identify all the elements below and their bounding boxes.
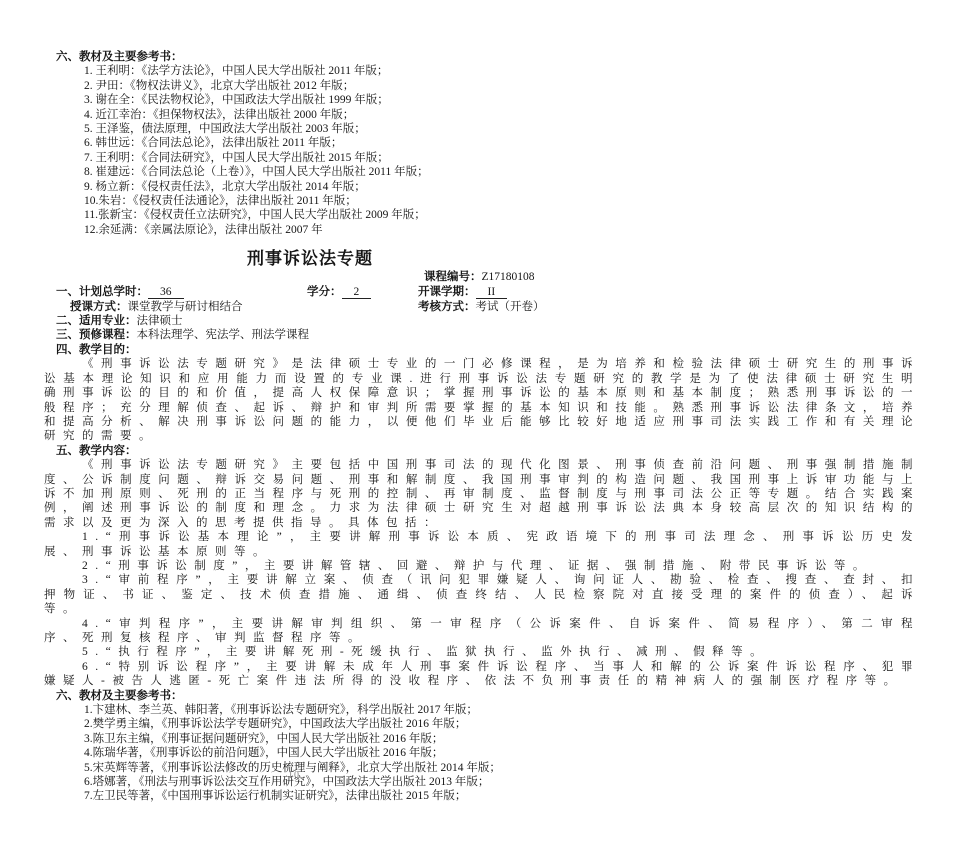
reference-item: 7.左卫民等著，《中国刑事诉讼运行机制实证研究》，法律出版社 2015 年版； — [44, 789, 920, 803]
teaching-method-value: 课堂教学与研讨相结合 — [128, 301, 243, 313]
course-code: 课程编号：Z17180108 — [424, 270, 535, 284]
assessment-value: 考试（开卷） — [476, 301, 545, 313]
semester: 开课学期：II — [418, 285, 507, 299]
course-title: 刑事诉讼法专题 — [247, 248, 373, 270]
content-header: 五、教学内容： — [44, 444, 920, 458]
plan-hours: 一、计划总学时：36 — [56, 285, 184, 299]
course-info-row-1: 一、计划总学时：36 学分：2 开课学期：II — [44, 285, 920, 299]
prev-materials-header: 六、教材及主要参考书： — [44, 50, 920, 64]
reference-item: 1.卞建林、李兰英、韩阳著，《刑事诉讼法专题研究》，科学出版社 2017 年版； — [44, 703, 920, 717]
reference-item: 2.樊学勇主编，《刑事诉讼法学专题研究》，中国政法大学出版社 2016 年版； — [44, 717, 920, 731]
reference-item: 2. 尹田：《物权法讲义》，北京大学出版社 2012 年版； — [44, 79, 920, 93]
prerequisites-value: 本科法理学、宪法学、刑法学课程 — [137, 329, 310, 341]
prerequisites-row: 三、预修课程：本科法理学、宪法学、刑法学课程 — [44, 328, 920, 342]
reference-item: 7. 王利明：《合同法研究》，中国人民大学出版社 2015 年版； — [44, 151, 920, 165]
assessment-label: 考核方式： — [418, 301, 476, 313]
semester-label: 开课学期： — [418, 286, 476, 298]
reference-item: 11.张新宝：《侵权责任立法研究》，中国人民大学出版社 2009 年版； — [44, 208, 920, 222]
reference-item: 4. 近江幸治：《担保物权法》，法律出版社 2000 年版； — [44, 108, 920, 122]
content-intro-paragraph: 《刑事诉讼法专题研究》主要包括中国刑事司法的现代化图景、刑事侦查前沿问题、刑事强… — [44, 458, 920, 530]
reference-item: 3. 谢在全：《民法物权论》，中国政法大学出版社 1999 年版； — [44, 93, 920, 107]
reference-item: 6. 韩世远：《合同法总论》，法律出版社 2011 年版； — [44, 136, 920, 150]
reference-item: 3.陈卫东主编，《刑事证据问题研究》，中国人民大学出版社 2016 年版； — [44, 732, 920, 746]
reference-item: 9. 杨立新：《侵权责任法》，北京大学出版社 2014 年版； — [44, 180, 920, 194]
teaching-method: 授课方式：课堂教学与研讨相结合 — [70, 300, 243, 314]
teaching-method-label: 授课方式： — [70, 301, 128, 313]
reference-item: 12.余延满：《亲属法原论》，法律出版社 2007 年 — [44, 223, 920, 237]
prerequisites-label: 三、预修课程： — [56, 329, 137, 341]
course-code-row: 课程编号：Z17180108 — [44, 270, 920, 285]
content-item: 4.“审判程序”，主要讲解审判组织、第一审程序（公诉案件、自诉案件、简易程序）、… — [44, 617, 920, 646]
purpose-paragraph: 《刑事诉讼法专题研究》是法律硕士专业的一门必修课程，是为培养和检验法律硕士研究生… — [44, 357, 920, 443]
course-info-row-2: 授课方式：课堂教学与研讨相结合 考核方式：考试（开卷） — [44, 300, 920, 314]
semester-value: II — [476, 286, 508, 299]
reference-item: 8. 崔建远：《合同法总论（上卷）》，中国人民大学出版社 2011 年版； — [44, 165, 920, 179]
content-item: 3.“审前程序”，主要讲解立案、侦查（讯问犯罪嫌疑人、询问证人、勘验、检查、搜查… — [44, 573, 920, 616]
content-item: 6.“特别诉讼程序”，主要讲解未成年人刑事案件诉讼程序、当事人和解的公诉案件诉讼… — [44, 660, 920, 689]
reference-item: 4.陈瑞华著，《刑事诉讼的前沿问题》，中国人民大学出版社 2016 年版； — [44, 746, 920, 760]
plan-hours-value: 36 — [148, 286, 184, 299]
reference-item: 5. 王泽鉴，债法原理，中国政法大学出版社 2003 年版； — [44, 122, 920, 136]
assessment: 考核方式：考试（开卷） — [418, 300, 545, 314]
plan-hours-label: 一、计划总学时： — [56, 286, 148, 298]
credit: 学分：2 — [307, 285, 371, 299]
materials-header: 六、教材及主要参考书： — [44, 689, 920, 703]
document-content: 六、教材及主要参考书： 1. 王利明：《法学方法论》，中国人民大学出版社 201… — [44, 50, 920, 804]
content-item: 1.“刑事诉讼基本理论”，主要讲解刑事诉讼本质、宪政语境下的刑事司法理念、刑事诉… — [44, 530, 920, 559]
credit-value: 2 — [342, 286, 372, 299]
content-item: 2.“刑事诉讼制度”，主要讲解管辖、回避、辩护与代理、证据、强制措施、附带民事诉… — [44, 559, 920, 573]
document-page: 六、教材及主要参考书： 1. 王利明：《法学方法论》，中国人民大学出版社 201… — [0, 0, 960, 842]
reference-item: 5.宋英辉等著，《刑事诉讼法修改的历史梳理与阐释》，北京大学出版社 2014 年… — [44, 761, 920, 775]
reference-item: 6.塔娜著，《刑法与刑事诉讼法交互作用研究》，中国政法大学出版社 2013 年版… — [44, 775, 920, 789]
content-item: 5.“执行程序”，主要讲解死刑-死缓执行、监狱执行、监外执行、减刑、假释等。 — [44, 645, 920, 659]
major-label: 二、适用专业： — [56, 315, 137, 327]
reference-item: 10.朱岩：《侵权责任法通论》，法律出版社 2011 年版； — [44, 194, 920, 208]
major-value: 法律硕士 — [137, 315, 183, 327]
credit-label: 学分： — [307, 286, 342, 298]
purpose-header: 四、教学目的： — [44, 343, 920, 357]
major-row: 二、适用专业：法律硕士 — [44, 314, 920, 328]
reference-item: 1. 王利明：《法学方法论》，中国人民大学出版社 2011 年版； — [44, 64, 920, 78]
course-code-label: 课程编号： — [424, 271, 482, 283]
page-number: 10 — [288, 770, 300, 781]
course-code-value: Z17180108 — [482, 271, 535, 283]
